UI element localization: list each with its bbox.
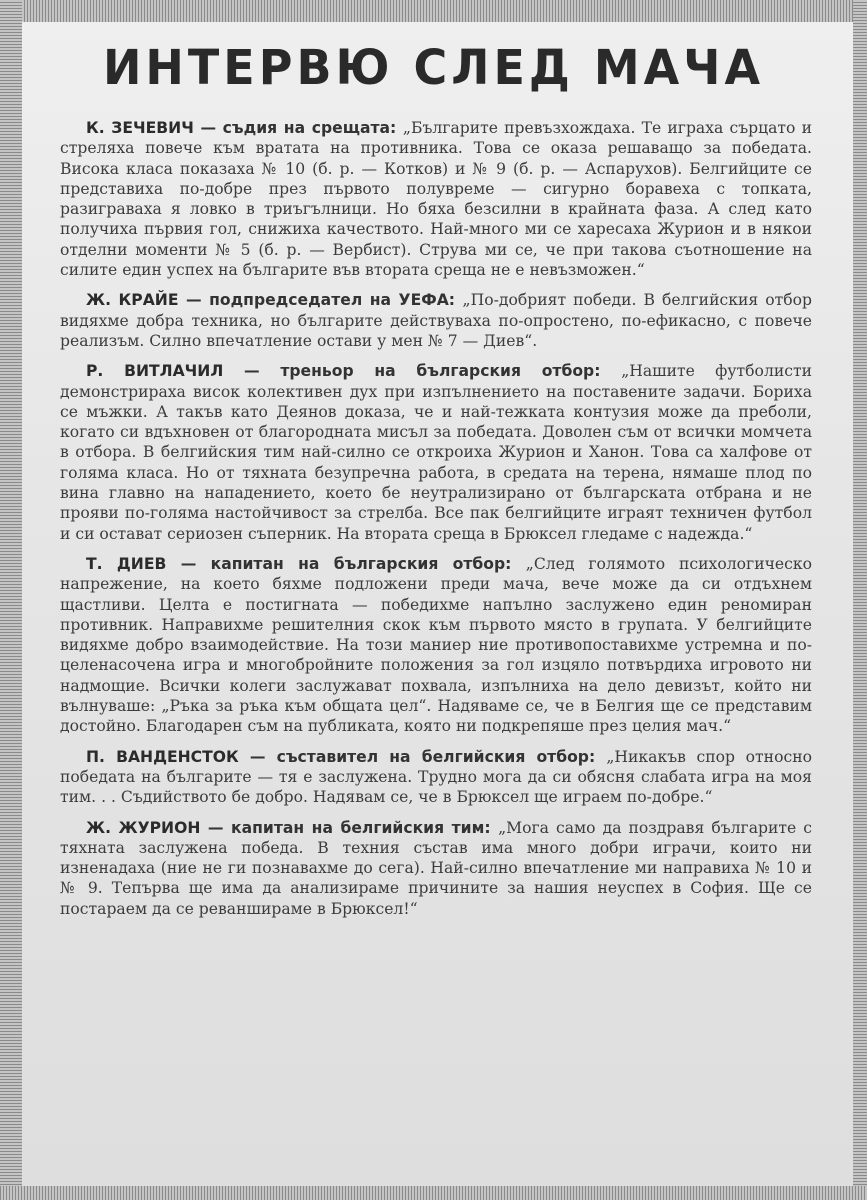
speaker-name: Ж. ЖУРИОН	[86, 819, 200, 837]
speaker-role: — съдия на срещата:	[194, 119, 403, 137]
speaker-name: К. ЗЕЧЕВИЧ	[86, 119, 194, 137]
speaker-name: Ж. КРАЙЕ	[86, 291, 178, 309]
interview-vandenstok: П. ВАНДЕНСТОК — съставител на белгийския…	[60, 747, 812, 808]
speaker-quote: „След голямото психологическо напрежение…	[60, 555, 812, 735]
speaker-name: П. ВАНДЕНСТОК	[86, 748, 239, 766]
decorative-border-right	[853, 0, 867, 1200]
interview-diev: Т. ДИЕВ — капитан на българския отбор: „…	[60, 554, 812, 737]
speaker-role: — подпредседател на УЕФА:	[178, 291, 462, 309]
interview-jurion: Ж. ЖУРИОН — капитан на белгийския тим: „…	[60, 818, 812, 919]
speaker-role: — треньор на българския отбор:	[223, 362, 621, 380]
article-body: К. ЗЕЧЕВИЧ — съдия на срещата: „Българит…	[60, 118, 812, 929]
speaker-quote: „Българите превъзхождаха. Те играха сърц…	[60, 119, 812, 279]
interview-vitlachil: Р. ВИТЛАЧИЛ — треньор на българския отбо…	[60, 361, 812, 544]
newspaper-clipping: ИНТЕРВЮ СЛЕД МАЧА К. ЗЕЧЕВИЧ — съдия на …	[0, 0, 867, 1200]
interview-kraie: Ж. КРАЙЕ — подпредседател на УЕФА: „По-д…	[60, 290, 812, 351]
speaker-role: — съставител на белгийския отбор:	[239, 748, 607, 766]
decorative-border-bottom	[0, 1186, 867, 1200]
article-headline: ИНТЕРВЮ СЛЕД МАЧА	[0, 39, 867, 96]
decorative-border-left	[0, 0, 22, 1200]
speaker-role: — капитан на белгийския тим:	[200, 819, 498, 837]
speaker-role: — капитан на българския отбор:	[166, 555, 525, 573]
speaker-name: Т. ДИЕВ	[86, 555, 166, 573]
speaker-quote: „Нашите футболисти демонстрираха висок к…	[60, 362, 812, 542]
interview-zechevich: К. ЗЕЧЕВИЧ — съдия на срещата: „Българит…	[60, 118, 812, 280]
speaker-name: Р. ВИТЛАЧИЛ	[86, 362, 223, 380]
decorative-border-top	[0, 0, 867, 22]
